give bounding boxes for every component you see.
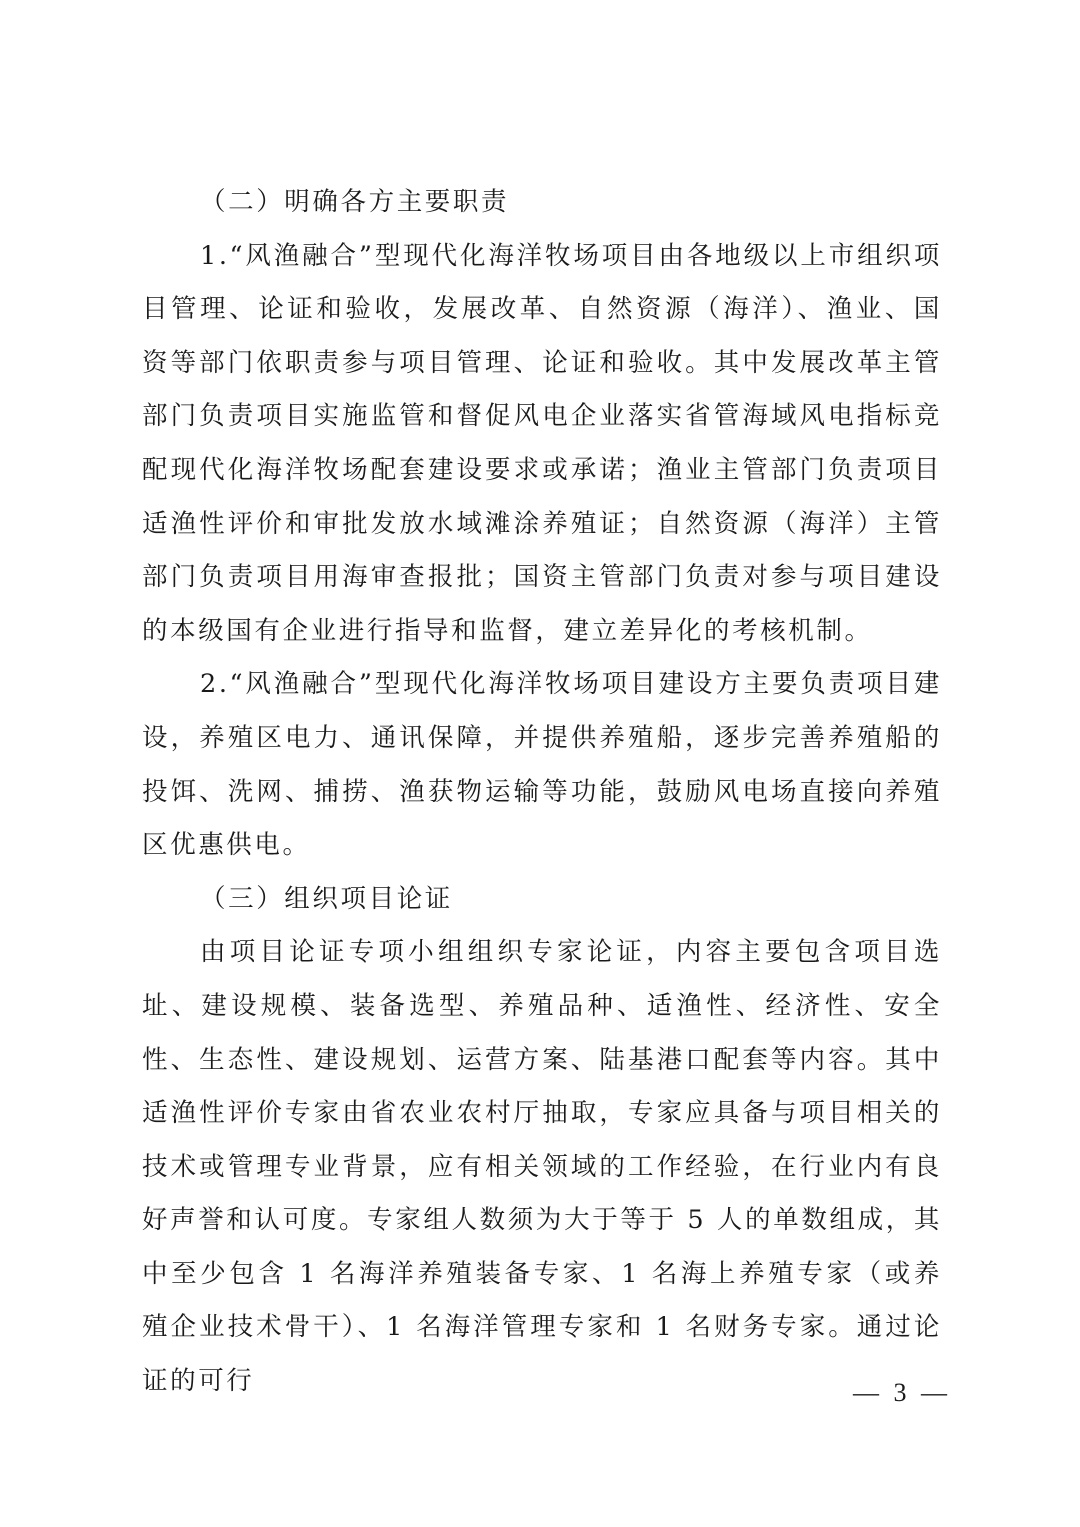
section-heading-project-review: （三）组织项目论证 xyxy=(142,873,942,927)
paragraph-item-1: 1.“风渔融合”型现代化海洋牧场项目由各地级以上市组织项目管理、论证和验收，发展… xyxy=(142,230,942,659)
section-heading-responsibilities: （二）明确各方主要职责 xyxy=(142,176,942,230)
page-number: — 3 — xyxy=(853,1378,951,1408)
document-body: （二）明确各方主要职责 1.“风渔融合”型现代化海洋牧场项目由各地级以上市组织项… xyxy=(142,176,942,1409)
document-page: （二）明确各方主要职责 1.“风渔融合”型现代化海洋牧场项目由各地级以上市组织项… xyxy=(0,0,1080,1527)
paragraph-item-2: 2.“风渔融合”型现代化海洋牧场项目建设方主要负责项目建设，养殖区电力、通讯保障… xyxy=(142,658,942,872)
paragraph-project-review: 由项目论证专项小组组织专家论证，内容主要包含项目选址、建设规模、装备选型、养殖品… xyxy=(142,926,942,1408)
